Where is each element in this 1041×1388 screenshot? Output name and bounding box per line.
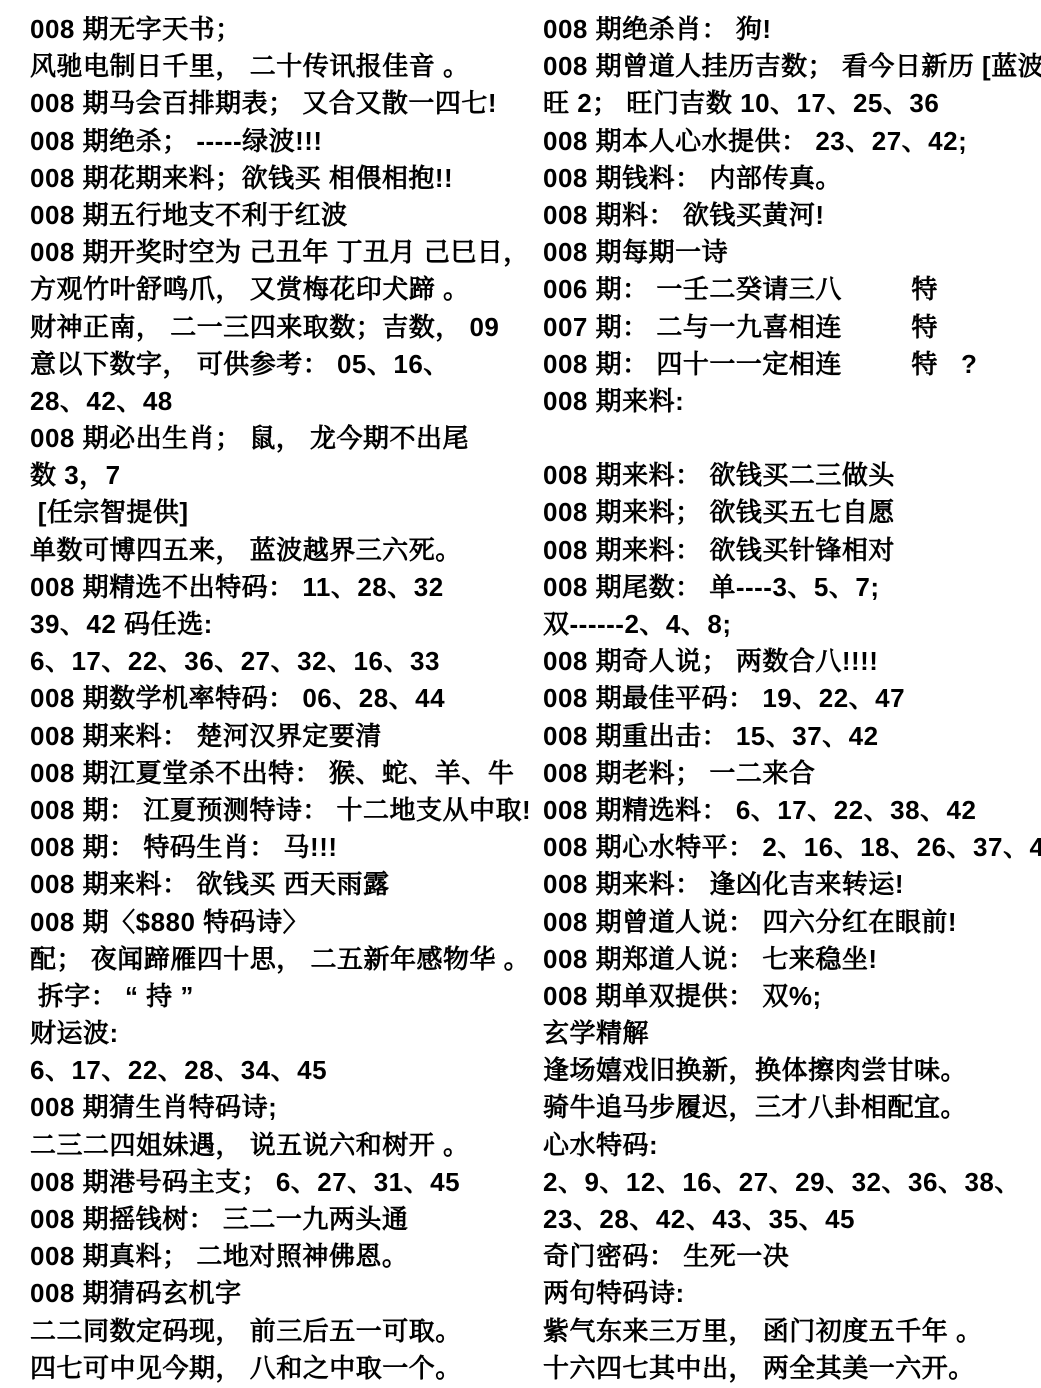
text-line: 6、17、22、28、34、45 — [30, 1052, 528, 1089]
text-line: 008 期精选料： 6、17、22、38、42 — [543, 792, 1038, 829]
text-line: 008 期精选不出特码： 11、28、32 — [30, 569, 528, 606]
text-line: 008 期数学机率特码： 06、28、44 — [30, 680, 528, 717]
text-line: 二三二四姐妹遇， 说五说六和树开 。 — [30, 1127, 528, 1164]
text-line: 骑牛追马步履迟，三才八卦相配宜。 — [543, 1089, 1038, 1126]
text-line: 数 3，7 — [30, 457, 528, 494]
text-line: 007 期： 二与一九喜相连 特 — [543, 309, 1038, 346]
text-line: 意以下数字， 可供参考： 05、16、 — [30, 346, 528, 383]
text-line: 十六四七其中出， 两全其美一六开。 — [543, 1350, 1038, 1387]
text-line: 008 期单双提供： 双%; — [543, 978, 1038, 1015]
lottery-tips-page: 008 期无字天书；风驰电制日千里， 二十传讯报佳音 。008 期马会百排期表；… — [0, 0, 1041, 1388]
text-line: 双------2、4、8; — [543, 606, 1038, 643]
text-line: 28、42、48 — [30, 383, 528, 420]
text-line: 008 期马会百排期表； 又合又散一四七! — [30, 85, 528, 122]
text-line: 006 期： 一壬二癸请三八 特 — [543, 271, 1038, 308]
text-line: 008 期摇钱树： 三二一九两头通 — [30, 1201, 528, 1238]
text-line: 008 期来料： 楚河汉界定要清 — [30, 718, 528, 755]
text-line: 008 期本人心水提供： 23、27、42; — [543, 123, 1038, 160]
text-line: 奇门密码： 生死一决 — [543, 1238, 1038, 1275]
text-line: 008 期心水特平： 2、16、18、26、37、45。 — [543, 829, 1038, 866]
text-line: 008 期绝杀肖： 狗! — [543, 11, 1038, 48]
text-line: 008 期曾道人说： 四六分红在眼前! — [543, 904, 1038, 941]
text-line: 008 期料： 欲钱买黄河! — [543, 197, 1038, 234]
text-line: 008 期真料； 二地对照神佛恩。 — [30, 1238, 528, 1275]
text-line: 008 期： 江夏预测特诗： 十二地支从中取! — [30, 792, 528, 829]
text-line: 玄学精解 — [543, 1015, 1038, 1052]
text-line: 紫气东来三万里， 函门初度五千年 。 — [543, 1313, 1038, 1350]
text-line: 008 期钱料： 内部传真。 — [543, 160, 1038, 197]
text-line: 两句特码诗: — [543, 1275, 1038, 1312]
text-line: 008 期来料： 欲钱买 西天雨露 — [30, 866, 528, 903]
text-line: 008 期猜码玄机字 — [30, 1275, 528, 1312]
text-line: 008 期最佳平码： 19、22、47 — [543, 680, 1038, 717]
text-line: 008 期五行地支不利于红波 — [30, 197, 528, 234]
right-column: 008 期绝杀肖： 狗!008 期曾道人挂历吉数； 看今日新历 [蓝波旺 2； … — [543, 0, 1038, 1387]
text-line: 008 期〈$880 特码诗〉 — [30, 904, 528, 941]
text-line: 008 期： 特码生肖： 马!!! — [30, 829, 528, 866]
blank-line — [543, 420, 1038, 457]
text-line: 008 期花期来料；欲钱买 相偎相抱!! — [30, 160, 528, 197]
text-line: 39、42 码任选: — [30, 606, 528, 643]
text-line: 008 期绝杀； -----绿波!!! — [30, 123, 528, 160]
text-line: 单数可博四五来， 蓝波越界三六死。 — [30, 532, 528, 569]
text-line: 008 期来料： 欲钱买针锋相对 — [543, 532, 1038, 569]
text-line: 008 期尾数： 单----3、5、7; — [543, 569, 1038, 606]
text-line: 008 期港号码主支； 6、27、31、45 — [30, 1164, 528, 1201]
text-line: 逢场嬉戏旧换新，换体擦肉尝甘味。 — [543, 1052, 1038, 1089]
text-line: 心水特码: — [543, 1127, 1038, 1164]
text-line: 2、9、12、16、27、29、32、36、38、 — [543, 1164, 1038, 1201]
text-line: 008 期来料： 逢凶化吉来转运! — [543, 866, 1038, 903]
text-line: 二二同数定码现， 前三后五一可取。 — [30, 1313, 528, 1350]
text-line: 四七可中见今期， 八和之中取一个。 — [30, 1350, 528, 1387]
text-line: 拆字： “ 持 ” — [30, 978, 528, 1015]
text-line: 旺 2； 旺门吉数 10、17、25、36 — [543, 85, 1038, 122]
text-line: 风驰电制日千里， 二十传讯报佳音 。 — [30, 48, 528, 85]
text-line: 008 期开奖时空为 己丑年 丁丑月 己巳日， — [30, 234, 528, 271]
text-line: 23、28、42、43、35、45 — [543, 1201, 1038, 1238]
text-line: 008 期老料； 一二来合 — [543, 755, 1038, 792]
text-line: 008 期来料: — [543, 383, 1038, 420]
text-line: 008 期每期一诗 — [543, 234, 1038, 271]
text-line: 008 期来料； 欲钱买五七自愿 — [543, 494, 1038, 531]
text-line: [任宗智提供] — [30, 494, 528, 531]
text-line: 008 期江夏堂杀不出特： 猴、蛇、羊、牛 — [30, 755, 528, 792]
text-line: 008 期： 四十一一定相连 特 ? — [543, 346, 1038, 383]
text-line: 008 期来料： 欲钱买二三做头 — [543, 457, 1038, 494]
text-line: 财神正南， 二一三四来取数；吉数， 09 — [30, 309, 528, 346]
text-line: 方观竹叶舒鸣爪， 又赏梅花印犬蹄 。 — [30, 271, 528, 308]
text-line: 008 期曾道人挂历吉数； 看今日新历 [蓝波 — [543, 48, 1038, 85]
text-line: 008 期奇人说； 两数合八!!!! — [543, 643, 1038, 680]
text-line: 008 期无字天书； — [30, 11, 528, 48]
text-line: 财运波: — [30, 1015, 528, 1052]
text-line: 008 期必出生肖； 鼠， 龙今期不出尾 — [30, 420, 528, 457]
text-line: 008 期郑道人说： 七来稳坐! — [543, 941, 1038, 978]
text-line: 6、17、22、36、27、32、16、33 — [30, 643, 528, 680]
text-line: 配； 夜闻蹄雁四十思， 二五新年感物华 。 — [30, 941, 528, 978]
left-column: 008 期无字天书；风驰电制日千里， 二十传讯报佳音 。008 期马会百排期表；… — [30, 0, 528, 1387]
text-line: 008 期重出击： 15、37、42 — [543, 718, 1038, 755]
text-line: 008 期猜生肖特码诗; — [30, 1089, 528, 1126]
